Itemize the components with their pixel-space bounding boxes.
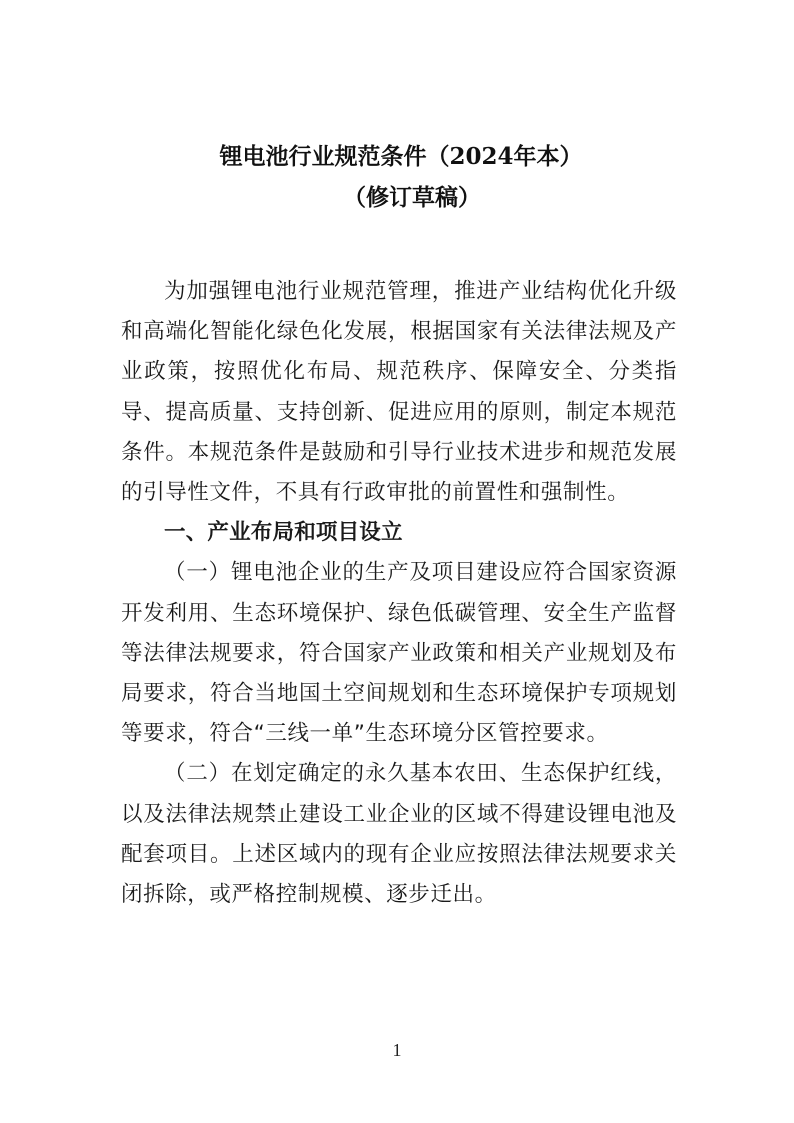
page-number: 1 xyxy=(0,1040,794,1061)
document-subtitle: （修订草稿） xyxy=(0,183,794,213)
document-title: 锂电池行业规范条件（2024年本） xyxy=(0,142,794,172)
clause-paragraph: （二）在划定确定的永久基本农田、生态保护红线，以及法律法规禁止建设工业企业的区域… xyxy=(121,754,677,915)
intro-paragraph: 为加强锂电池行业规范管理，推进产业结构优化升级和高端化智能化绿色化发展，根据国家… xyxy=(121,272,677,513)
section-heading: 一、产业布局和项目设立 xyxy=(121,513,677,553)
clause-paragraph: （一）锂电池企业的生产及项目建设应符合国家资源开发利用、生态环境保护、绿色低碳管… xyxy=(121,553,677,754)
document-body: 为加强锂电池行业规范管理，推进产业结构优化升级和高端化智能化绿色化发展，根据国家… xyxy=(121,272,677,915)
document-page: 锂电池行业规范条件（2024年本） （修订草稿） 为加强锂电池行业规范管理，推进… xyxy=(0,0,794,1123)
